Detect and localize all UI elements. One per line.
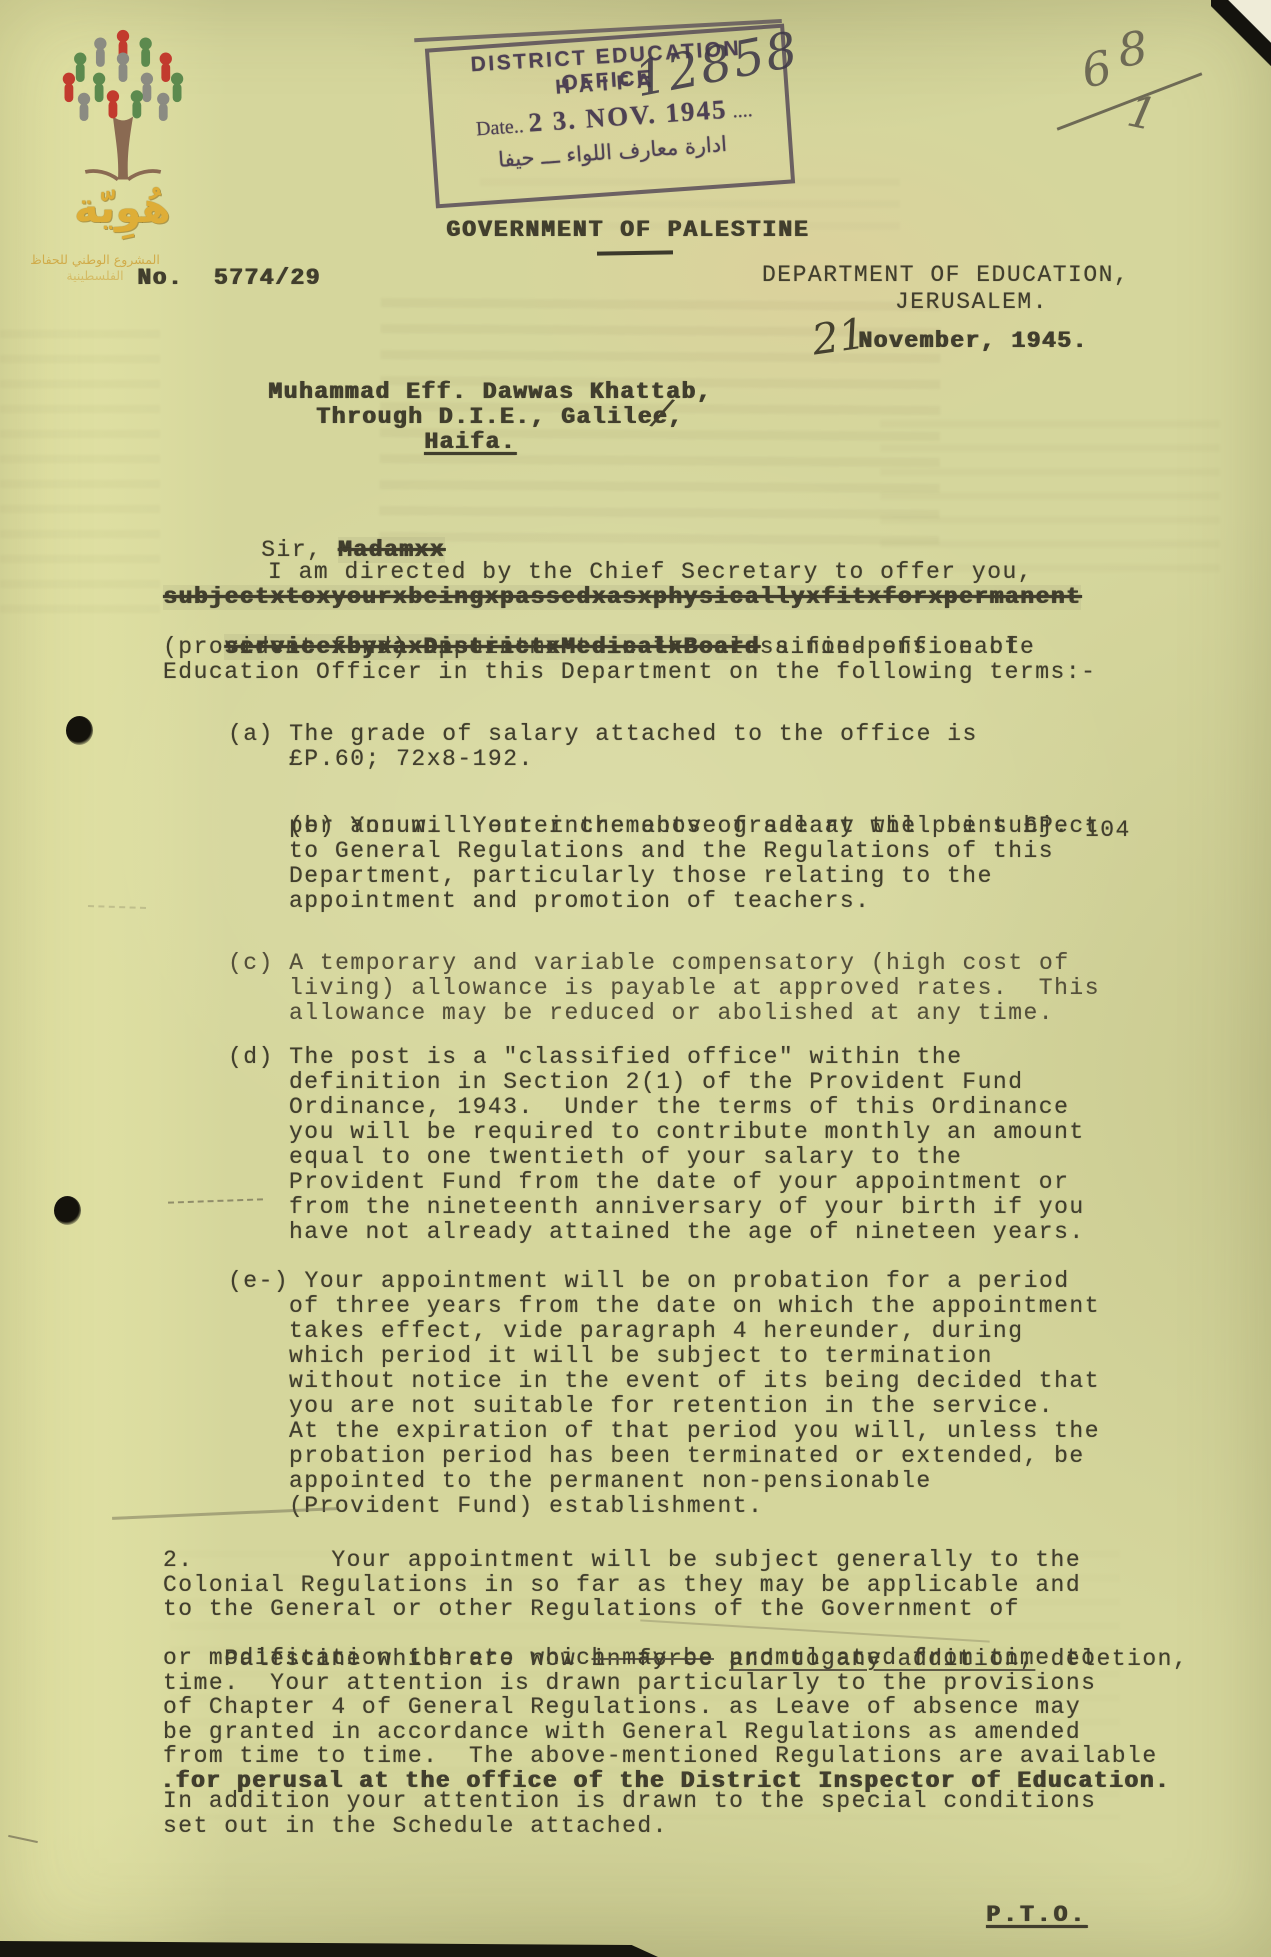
para2-line-12: set out in the Schedule attached. [163,1814,668,1839]
term-e-line-7: At the expiration of that period you wil… [289,1419,1100,1444]
bleed-through-right [880,420,1220,580]
term-d-line-4: you will be required to contribute month… [289,1120,1085,1145]
para1-line-5: Education Officer in this Department on … [163,660,1096,685]
para2-line-5: or modification thereto which may be pro… [163,1646,1096,1671]
pto-note: P.T.O. [986,1903,1087,1928]
stamp-date-trail: .... [732,99,753,122]
folio-digit-6: 6 [1077,40,1117,99]
term-d-line-1: (d) The post is a "classified office" wi… [228,1045,963,1070]
term-e-line-5: without notice in the event of its being… [289,1369,1100,1394]
term-c-line-3: allowance may be reduced or abolished at… [289,1001,1054,1026]
term-d-line-7: from the nineteenth anniversary of your … [289,1195,1085,1220]
pencil-dash-margin [8,1835,38,1843]
term-a-line-2: £P.60; 72x8-192. [289,747,534,772]
term-b-line-2: per annum. Your increments of salary wil… [289,814,1100,839]
government-title: GOVERNMENT OF PALESTINE [446,218,809,243]
pencil-dashes-term-d [168,1198,263,1203]
term-b-line-5: appointment and promotion of teachers. [289,889,871,914]
para2-line-2: Colonial Regulations in so far as they m… [163,1573,1081,1598]
recipient-name: Muhammad Eff. Dawwas Khattab, [268,380,712,405]
hole-punch-bottom [54,1196,81,1225]
term-b-line-3: to General Regulations and the Regulatio… [289,839,1054,864]
jerusalem-line: JERUSALEM. [895,290,1048,315]
term-b-line-4: Department, particularly those relating … [289,864,993,889]
term-e-line-4: which period it will be subject to termi… [289,1344,993,1369]
para2-line-3: to the General or other Regulations of t… [163,1597,1020,1622]
term-c-line-2: living) allowance is payable at approved… [289,976,1100,1001]
folio-digit-8: 8 [1114,20,1151,78]
department-line: DEPARTMENT OF EDUCATION, [762,263,1129,288]
recipient-city: Haifa. [424,430,516,455]
letter-date: November, 1945. [858,329,1088,354]
logo-title: هُوِيّة [74,183,171,232]
para1-struck-line: subjectxtoxyourxbeingxpassedxasxphysical… [163,585,1081,610]
para2-line-11: In addition your attention is drawn to t… [163,1789,1096,1814]
term-e-line-10: (Provident Fund) establishment. [289,1494,763,1519]
term-d-line-3: Ordinance, 1943. Under the terms of this… [289,1095,1069,1120]
term-d-line-5: equal to one twentieth of your salary to… [289,1145,962,1170]
term-a-line-1: (a) The grade of salary attached to the … [228,722,978,747]
term-e-line-3: takes effect, vide paragraph 4 hereunder… [289,1319,1024,1344]
term-e-line-8: probation period has been terminated or … [289,1444,1085,1469]
recipient-through: Through D.I.E., Galilee, [316,405,683,430]
para2-line-1: 2. Your appointment will be subject gene… [163,1548,1081,1573]
stamp-date-value: 2 3. NOV. 1945 [527,94,728,138]
para2-line-6: time. Your attention is drawn particular… [163,1671,1096,1696]
para2-line-9: from time to time. The above-mentioned R… [163,1744,1158,1769]
term-d-line-6: Provident Fund from the date of your app… [289,1170,1069,1195]
folio-sub-number: 1 [1123,86,1161,142]
term-e-line-2: of three years from the date on which th… [289,1294,1100,1319]
hole-punch-top [66,716,93,745]
bleed-through-left [0,330,160,630]
term-e-line-1: (e-) Your appointment will be on probati… [228,1269,1070,1294]
reference-number: No. 5774/29 [137,266,321,291]
letter-page: هُوِيّة المشروع الوطني للحفاظ الفلسطينية… [0,0,1271,1957]
term-c-line-1: (c) A temporary and variable compensator… [228,951,1070,976]
term-e-line-9: appointed to the permanent non-pensionab… [289,1469,932,1494]
pencil-dashes-term-b [88,905,146,909]
page-corner-light [1227,0,1271,48]
para2-line-8: be granted in accordance with General Re… [163,1720,1081,1745]
para1-line-4: (provident fund) appointment in the clas… [163,635,1020,660]
title-rule [597,250,673,255]
para1-line-1: I am directed by the Chief Secretary to … [268,560,1033,585]
tree-logo-icon [60,26,186,182]
para2-line-7: of Chapter 4 of General Regulations. as … [163,1695,1081,1720]
term-e-line-6: you are not suitable for retention in th… [289,1394,1054,1419]
stamp-date-label: Date.. [475,115,524,140]
term-d-line-8: have not already attained the age of nin… [289,1220,1085,1245]
page-bottom-edge [0,1941,658,1957]
term-d-line-2: definition in Section 2(1) of the Provid… [289,1070,1024,1095]
